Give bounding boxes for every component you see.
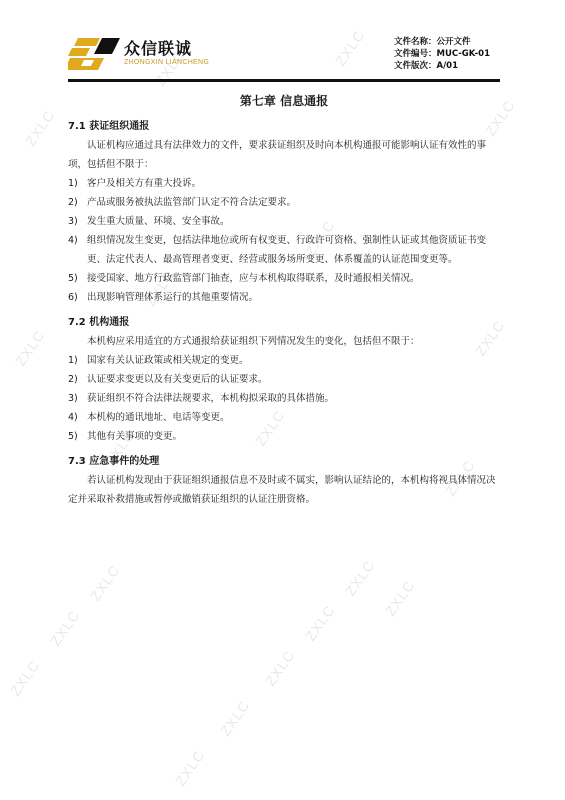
chapter-title: 第七章 信息通报: [68, 92, 500, 111]
meta-file-version: 文件版次：A/01: [394, 60, 490, 72]
watermark-text: ZXLC: [87, 562, 123, 604]
section-title: 7.1 获证组织通报: [68, 117, 500, 136]
watermark-text: ZXLC: [302, 602, 338, 644]
brand-name-cn: 众信联诚: [124, 36, 192, 59]
watermark-text: ZXLC: [217, 697, 253, 739]
watermark-text: ZXLC: [382, 577, 418, 619]
document-body: 第七章 信息通报 7.1 获证组织通报 认证机构应通过具有法律效力的文件，要求获…: [68, 88, 500, 509]
list-item: 3)获证组织不符合法律法规要求，本机构拟采取的具体措施。: [68, 389, 500, 408]
watermark-text: ZXLC: [22, 107, 58, 149]
section-title: 7.2 机构通报: [68, 313, 500, 332]
watermark-text: ZXLC: [47, 607, 83, 649]
list-item: 3)发生重大质量、环境、安全事故。: [68, 212, 500, 231]
list-item: 1)客户及相关方有重大投诉。: [68, 174, 500, 193]
document-header: 众信联诚 ZHONGXIN LIANCHENG 文件名称：公开文件 文件编号：M…: [68, 26, 500, 80]
list-item: 4)组织情况发生变更，包括法律地位或所有权变更、行政许可资格、强制性认证或其他资…: [68, 231, 500, 269]
document-meta: 文件名称：公开文件 文件编号：MUC-GK-01 文件版次：A/01: [394, 36, 490, 72]
section-7-1: 7.1 获证组织通报 认证机构应通过具有法律效力的文件，要求获证组织及时向本机构…: [68, 117, 500, 307]
brand-name-en: ZHONGXIN LIANCHENG: [124, 59, 209, 66]
list-item: 1)国家有关认证政策或相关规定的变更。: [68, 351, 500, 370]
section-intro: 若认证机构发现由于获证组织通报信息不及时或不属实，影响认证结论的，本机构将视具体…: [68, 471, 500, 509]
list-item: 2)认证要求变更以及有关变更后的认证要求。: [68, 370, 500, 389]
meta-file-number: 文件编号：MUC-GK-01: [394, 48, 490, 60]
list-item: 4)本机构的通讯地址、电话等变更。: [68, 408, 500, 427]
list-item: 5)其他有关事项的变更。: [68, 427, 500, 446]
watermark-text: ZXLC: [262, 647, 298, 689]
header-rule: [68, 79, 500, 82]
section-intro: 本机构应采用适宜的方式通报给获证组织下列情况发生的变化，包括但不限于：: [68, 332, 500, 351]
meta-file-name: 文件名称：公开文件: [394, 36, 490, 48]
watermark-text: ZXLC: [172, 747, 208, 789]
list-item: 2)产品或服务被执法监管部门认定不符合法定要求。: [68, 193, 500, 212]
watermark-text: ZXLC: [342, 557, 378, 599]
section-intro: 认证机构应通过具有法律效力的文件，要求获证组织及时向本机构通报可能影响认证有效性…: [68, 136, 500, 174]
section-title: 7.3 应急事件的处理: [68, 452, 500, 471]
list-item: 6)出现影响管理体系运行的其他重要情况。: [68, 288, 500, 307]
list-item: 5)接受国家、地方行政监管部门抽查，应与本机构取得联系，及时通报相关情况。: [68, 269, 500, 288]
section-7-2: 7.2 机构通报 本机构应采用适宜的方式通报给获证组织下列情况发生的变化，包括但…: [68, 313, 500, 446]
section-7-3: 7.3 应急事件的处理 若认证机构发现由于获证组织通报信息不及时或不属实，影响认…: [68, 452, 500, 509]
watermark-text: ZXLC: [12, 327, 48, 369]
watermark-text: ZXLC: [7, 657, 43, 699]
